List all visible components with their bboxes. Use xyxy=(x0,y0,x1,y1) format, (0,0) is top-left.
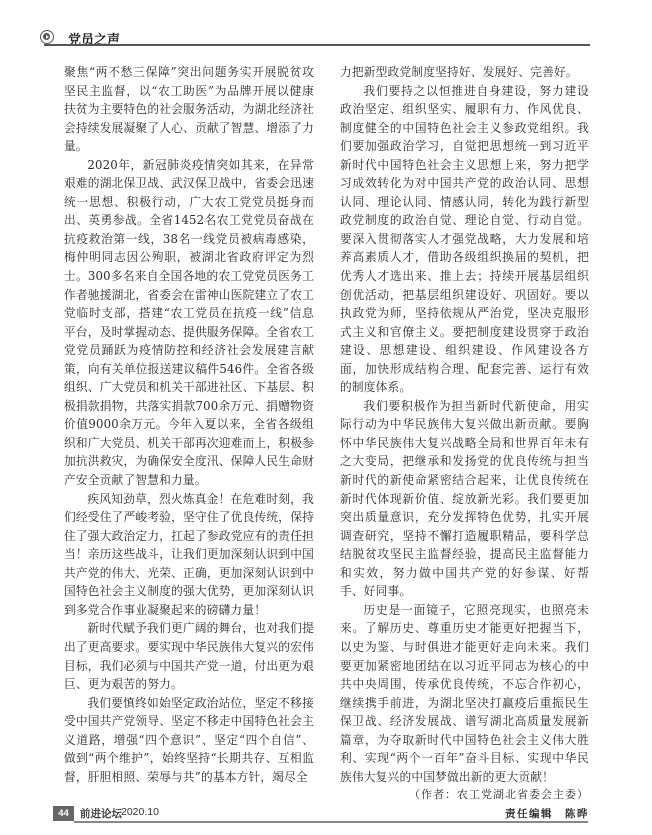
right-column: 力把新型政党制度坚持好、发展好、完善好。 我们要持之以恒推进自身建设，努力建设政… xyxy=(340,63,589,823)
section-header: 党员之声 xyxy=(40,30,588,46)
left-column: 聚焦“两不愁三保障”突出问题务实开展脱贫攻坚民主监督，以“农工助医”为品牌开展以… xyxy=(64,63,314,786)
page-footer: 44 前进论坛 2020.10 xyxy=(53,805,588,825)
paragraph: 力把新型政党制度坚持好、发展好、完善好。 xyxy=(340,63,589,82)
circle-arrow-icon xyxy=(40,30,54,44)
issue-date: 2020.10 xyxy=(121,806,159,818)
paragraph: 新时代赋予我们更广阔的舞台，也对我们提出了更高要求。要实现中华民族伟大复兴的宏伟… xyxy=(64,619,314,693)
paragraph: 我们要持之以恒推进自身建设，努力建设政治坚定、组织坚实、履职有力、作风优良、制度… xyxy=(340,82,589,397)
page-number: 44 xyxy=(53,806,74,821)
paragraph: 2020年，新冠肺炎疫情突如其来，在异常艰难的湖北保卫战、武汉保卫战中，省委会迅… xyxy=(64,156,314,490)
paragraph: 历史是一面镜子，它照亮现实，也照亮未来。了解历史、尊重历史才能更好把握当下，以史… xyxy=(340,601,589,786)
paragraph: 我们要积极作为担当新时代新使命，用实际行动为中华民族伟大复兴做出新贡献。要胸怀中… xyxy=(340,397,589,601)
footer-divider xyxy=(74,821,588,823)
publication-name: 前进论坛 xyxy=(80,806,122,821)
paragraph: 聚焦“两不愁三保障”突出问题务实开展脱贫攻坚民主监督，以“农工助医”为品牌开展以… xyxy=(64,63,314,156)
header-divider xyxy=(44,44,590,46)
paragraph: 我们要慎终如始坚定政治站位，坚定不移接受中国共产党领导、坚定不移走中国特色社会主… xyxy=(64,694,314,787)
paragraph: 疾风知劲草，烈火炼真金！在危难时刻，我们经受住了严峻考验，坚守住了优良传统，保持… xyxy=(64,490,314,620)
author-byline: （作者：农工党湖北省委会主委） xyxy=(340,786,589,805)
